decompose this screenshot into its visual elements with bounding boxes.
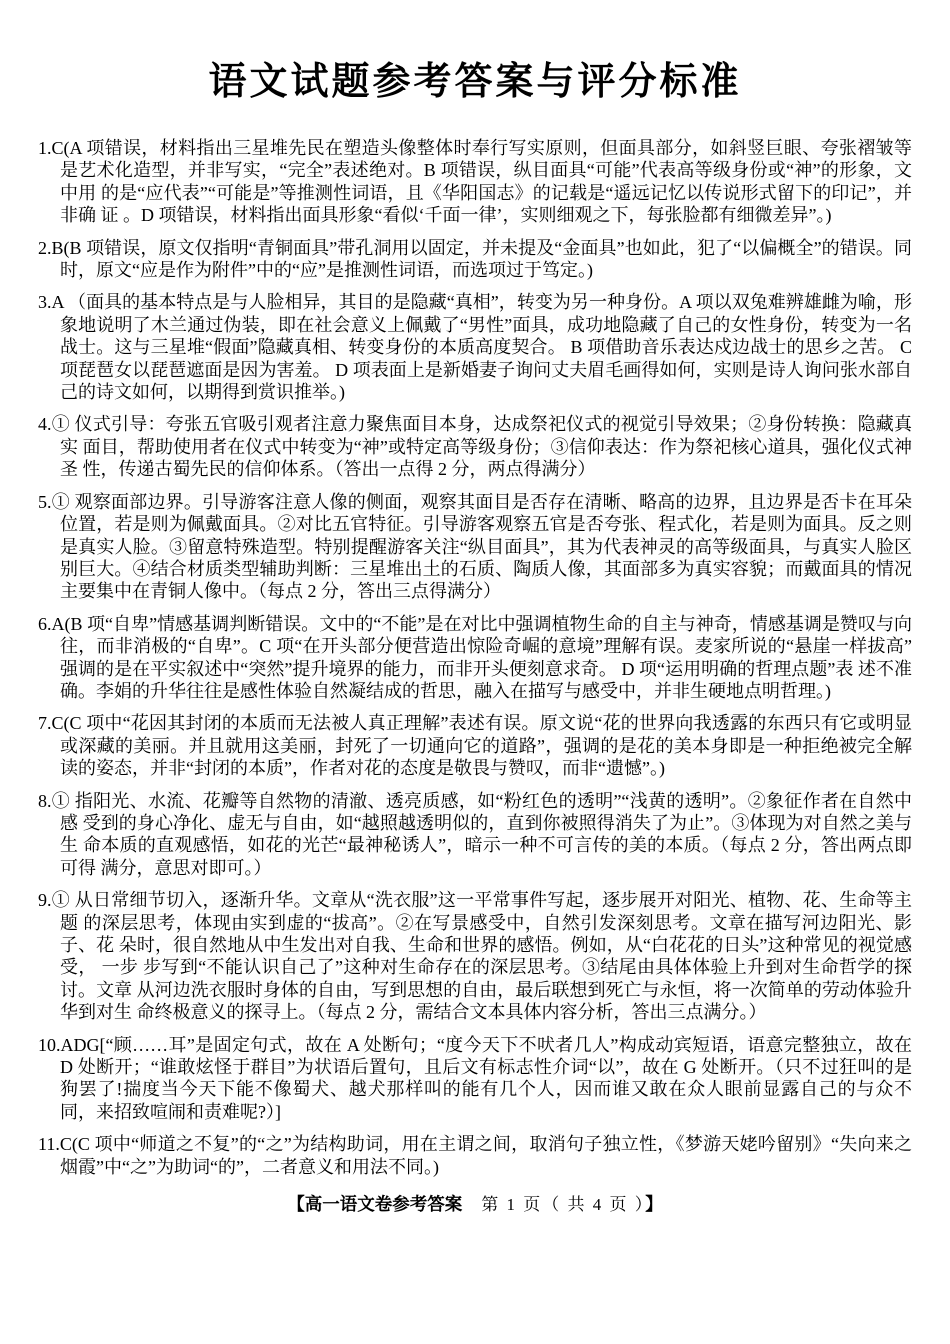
page-title: 语文试题参考答案与评分标准 — [0, 0, 950, 105]
answer-item-6: 6.A(B 项“自卑”情感基调判断错误。文中的“不能”是在对比中强调植物生命的自… — [38, 613, 912, 703]
answer-item-4: 4.① 仪式引导：夸张五官吸引观者注意力聚焦面目本身，达成祭祀仪式的视觉引导效果… — [38, 413, 912, 480]
answer-item-11: 11.C(C 项中“师道之不复”的“之”为结构助词，用在主谓之间，取消句子独立性… — [38, 1133, 912, 1178]
answer-item-5: 5.① 观察面部边界。引导游客注意人像的侧面，观察其面目是否存在清晰、略高的边界… — [38, 491, 912, 603]
answer-item-7: 7.C(C 项中“花因其封闭的本质而无法被人真正理解”表述有误。原文说“花的世界… — [38, 712, 912, 779]
answer-item-1: 1.C(A 项错误，材料指出三星堆先民在塑造头像整体时奉行写实原则，但面具部分，… — [38, 137, 912, 227]
footer-close-bracket: 】 — [645, 1194, 663, 1214]
answer-key-page: 语文试题参考答案与评分标准 1.C(A 项错误，材料指出三星堆先民在塑造头像整体… — [0, 0, 950, 1344]
footer-page-number: 第 1 页（ 共 4 页 ） — [462, 1195, 645, 1214]
answer-item-3: 3.A （面具的基本特点是与人脸相异，其目的是隐藏“真相”，转变为另一种身份。A… — [38, 291, 912, 403]
answer-list: 1.C(A 项错误，材料指出三星堆先民在塑造头像整体时奉行写实原则，但面具部分，… — [0, 105, 950, 1178]
answer-item-9: 9.① 从日常细节切入，逐渐升华。文章从“洗衣服”这一平常事件写起，逐步展开对阳… — [38, 889, 912, 1023]
answer-item-10: 10.ADG[“顾……耳”是固定句式，故在 A 处断句；“度今天下不吠者几人”构… — [38, 1034, 912, 1124]
answer-item-2: 2.B(B 项错误，原文仅指明“青铜面具”带孔洞用以固定，并未提及“金面具”也如… — [38, 237, 912, 282]
page-footer: 【高一语文卷参考答案 第 1 页（ 共 4 页 ）】 — [0, 1190, 950, 1216]
footer-label: 【高一语文卷参考答案 — [287, 1194, 462, 1214]
answer-item-8: 8.① 指阳光、水流、花瓣等自然物的清澈、透亮质感，如“粉红色的透明”“浅黄的透… — [38, 790, 912, 880]
